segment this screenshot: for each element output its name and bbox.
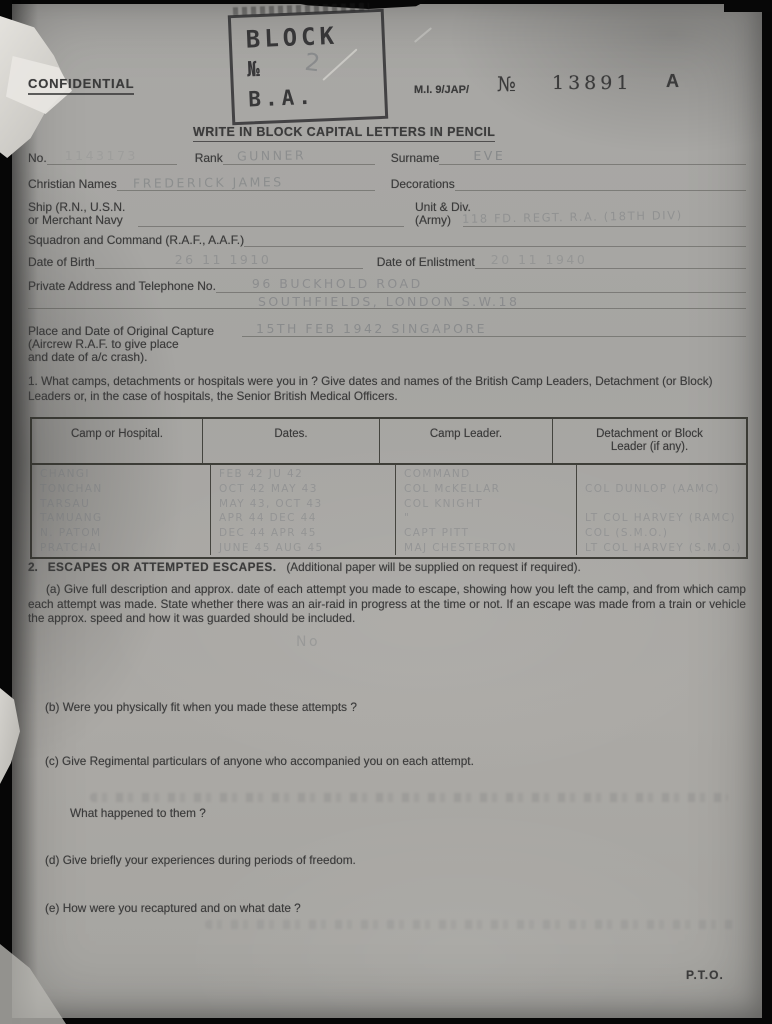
- header-detachment-leader: Detachment or Block Leader (if any).: [553, 419, 746, 463]
- scanned-pow-questionnaire: CONFIDENTIAL BLOCK № 2 B.A. M.I. 9/JAP/ …: [0, 0, 772, 1024]
- camps-table: Camp or Hospital. Dates. Camp Leader. De…: [30, 417, 748, 559]
- rank-line: GUNNER: [223, 150, 375, 165]
- header-detachment-leader-line2: Leader (if any).: [611, 441, 688, 454]
- column-leaders: COMMAND COL McKELLAR COL KNIGHT " CAPT P…: [396, 465, 577, 555]
- block-number-stamp: BLOCK № 2 B.A.: [228, 9, 388, 125]
- leader-entry: COL KNIGHT: [404, 498, 576, 513]
- question-2d-text: (d) Give briefly your experiences during…: [45, 853, 745, 868]
- no-line: 1143173: [47, 150, 177, 165]
- block-leader-entry: COL DUNLOP (AAMC): [585, 483, 746, 498]
- stamp-word-ba: B.A.: [248, 85, 316, 112]
- stamp-handwritten-number: 2: [303, 48, 324, 78]
- ship-label-line1: Ship (R.N., U.S.N.: [28, 200, 125, 214]
- unit-label-line2: (Army): [415, 213, 451, 227]
- date-of-birth-value: 26 11 1910: [175, 252, 272, 267]
- dates-entry: MAY 43, OCT 43: [219, 498, 395, 513]
- christian-names-value: FREDERICK JAMES: [133, 174, 284, 191]
- form-row-no-rank-surname: No. 1143173 Rank GUNNER Surname EVE: [28, 150, 746, 165]
- squadron-line: [244, 232, 746, 247]
- form-row-squadron: Squadron and Command (R.A.F., A.A.F.): [28, 232, 746, 247]
- leader-entry: COL McKELLAR: [404, 483, 576, 498]
- ship-label-line2: or Merchant Navy: [28, 213, 123, 227]
- instruction-heading: WRITE IN BLOCK CAPITAL LETTERS IN PENCIL: [193, 125, 495, 142]
- classification-label: CONFIDENTIAL: [28, 76, 134, 95]
- camp-entry: TAMUANG: [40, 512, 210, 527]
- question-2e-text: (e) How were you recaptured and on what …: [45, 901, 745, 916]
- rank-label: Rank: [195, 151, 223, 165]
- rank-value: GUNNER: [237, 147, 306, 163]
- question-2a-answer: No: [296, 634, 320, 650]
- dates-entry: OCT 42 MAY 43: [219, 483, 395, 498]
- bleed-through-text: [205, 920, 735, 929]
- form-row-dates: Date of Birth 26 11 1910 Date of Enlistm…: [28, 254, 746, 269]
- ship-line: [138, 213, 404, 227]
- capture-label-line2: (Aircrew R.A.F. to give place: [28, 337, 179, 351]
- serial-no-sign: №: [497, 72, 516, 96]
- question-2b-text: (b) Were you physically fit when you mad…: [45, 700, 745, 715]
- dates-entry: FEB 42 JU 42: [219, 468, 395, 483]
- stamp-scratch: [322, 48, 357, 80]
- header-detachment-leader-line1: Detachment or Block: [596, 428, 703, 441]
- form-row-christian-decorations: Christian Names FREDERICK JAMES Decorati…: [28, 176, 746, 191]
- form-row-address: Private Address and Telephone No. 96 BUC…: [28, 278, 746, 293]
- address-value-line1: 96 BUCKHOLD ROAD: [252, 276, 423, 291]
- leader-entry: CAPT PITT: [404, 527, 576, 542]
- block-leader-entry: COL (S.M.O.): [585, 527, 746, 542]
- surname-label: Surname: [391, 151, 440, 165]
- christian-names-line: FREDERICK JAMES: [117, 176, 375, 191]
- camp-entry: CHANGI: [40, 468, 210, 483]
- question-2-heading: 2. ESCAPES OR ATTEMPTED ESCAPES. (Additi…: [28, 560, 746, 575]
- capture-value: 15TH FEB 1942 SINGAPORE: [256, 321, 487, 336]
- camp-entry: PRATCHAI: [40, 542, 210, 557]
- question-2a-text: (a) Give full description and approx. da…: [28, 582, 746, 626]
- camps-table-header: Camp or Hospital. Dates. Camp Leader. De…: [32, 419, 746, 465]
- dates-entry: DEC 44 APR 45: [219, 527, 395, 542]
- date-of-birth-line: 26 11 1910: [95, 254, 363, 269]
- decorations-line: [455, 176, 746, 191]
- no-value: 1143173: [65, 148, 138, 163]
- question-2-title: ESCAPES OR ATTEMPTED ESCAPES.: [48, 560, 277, 574]
- block-leader-entry: [585, 468, 746, 483]
- question-2c-text: (c) Give Regimental particulars of anyon…: [45, 754, 745, 769]
- question-1-text: 1. What camps, detachments or hospitals …: [28, 374, 746, 403]
- dates-entry: APR 44 DEC 44: [219, 512, 395, 527]
- file-reference: M.I. 9/JAP/: [414, 84, 469, 96]
- series-letter: A: [666, 71, 679, 92]
- surname-line: EVE: [439, 150, 746, 165]
- leader-entry: MAJ CHESTERTON: [404, 542, 576, 557]
- header-camp-leader: Camp Leader.: [380, 419, 553, 463]
- camps-table-body: CHANGI TONCHAN TARSAU TAMUANG N. PATOM P…: [32, 465, 746, 555]
- stamp-word-block: BLOCK: [245, 22, 338, 54]
- question-2c-followup: What happened to them ?: [70, 806, 206, 821]
- camp-entry: N. PATOM: [40, 527, 210, 542]
- serial-number: 13891: [552, 72, 632, 94]
- leader-entry: COMMAND: [404, 468, 576, 483]
- block-leader-entry: [585, 498, 746, 513]
- enlistment-label: Date of Enlistment: [377, 255, 475, 269]
- stamp-no-sign: №: [247, 57, 265, 82]
- squadron-label: Squadron and Command (R.A.F., A.A.F.): [28, 233, 244, 247]
- block-leader-entry: LT COL HARVEY (S.M.O.): [585, 542, 746, 557]
- camp-entry: TONCHAN: [40, 483, 210, 498]
- enlistment-line: 20 11 1940: [475, 254, 746, 269]
- no-label: No.: [28, 151, 47, 165]
- torn-notch: [724, 0, 772, 12]
- address-label: Private Address and Telephone No.: [28, 279, 216, 293]
- pto-label: P.T.O.: [686, 968, 724, 982]
- column-block-leaders: COL DUNLOP (AAMC) LT COL HARVEY (RAMC) C…: [577, 465, 746, 555]
- leader-entry: ": [404, 512, 576, 527]
- column-camps: CHANGI TONCHAN TARSAU TAMUANG N. PATOM P…: [32, 465, 211, 555]
- decorations-label: Decorations: [391, 177, 455, 191]
- date-of-birth-label: Date of Birth: [28, 255, 95, 269]
- header-camp-or-hospital: Camp or Hospital.: [32, 419, 203, 463]
- address-line1: 96 BUCKHOLD ROAD: [216, 278, 746, 293]
- capture-label-line1: Place and Date of Original Capture: [28, 324, 214, 338]
- capture-label-line3: and date of a/c crash).: [28, 350, 147, 364]
- column-dates: FEB 42 JU 42 OCT 42 MAY 43 MAY 43, OCT 4…: [211, 465, 396, 555]
- address-value-line2: SOUTHFIELDS, LONDON S.W.18: [258, 294, 519, 309]
- question-2-number: 2.: [28, 560, 38, 574]
- question-2-title-note: (Additional paper will be supplied on re…: [286, 560, 580, 574]
- block-leader-entry: LT COL HARVEY (RAMC): [585, 512, 746, 527]
- surname-value: EVE: [473, 148, 505, 163]
- header-dates: Dates.: [203, 419, 380, 463]
- camp-entry: TARSAU: [40, 498, 210, 513]
- dates-entry: JUNE 45 AUG 45: [219, 542, 395, 557]
- christian-names-label: Christian Names: [28, 177, 117, 191]
- enlistment-value: 20 11 1940: [491, 252, 588, 267]
- bleed-through-text: [90, 793, 728, 802]
